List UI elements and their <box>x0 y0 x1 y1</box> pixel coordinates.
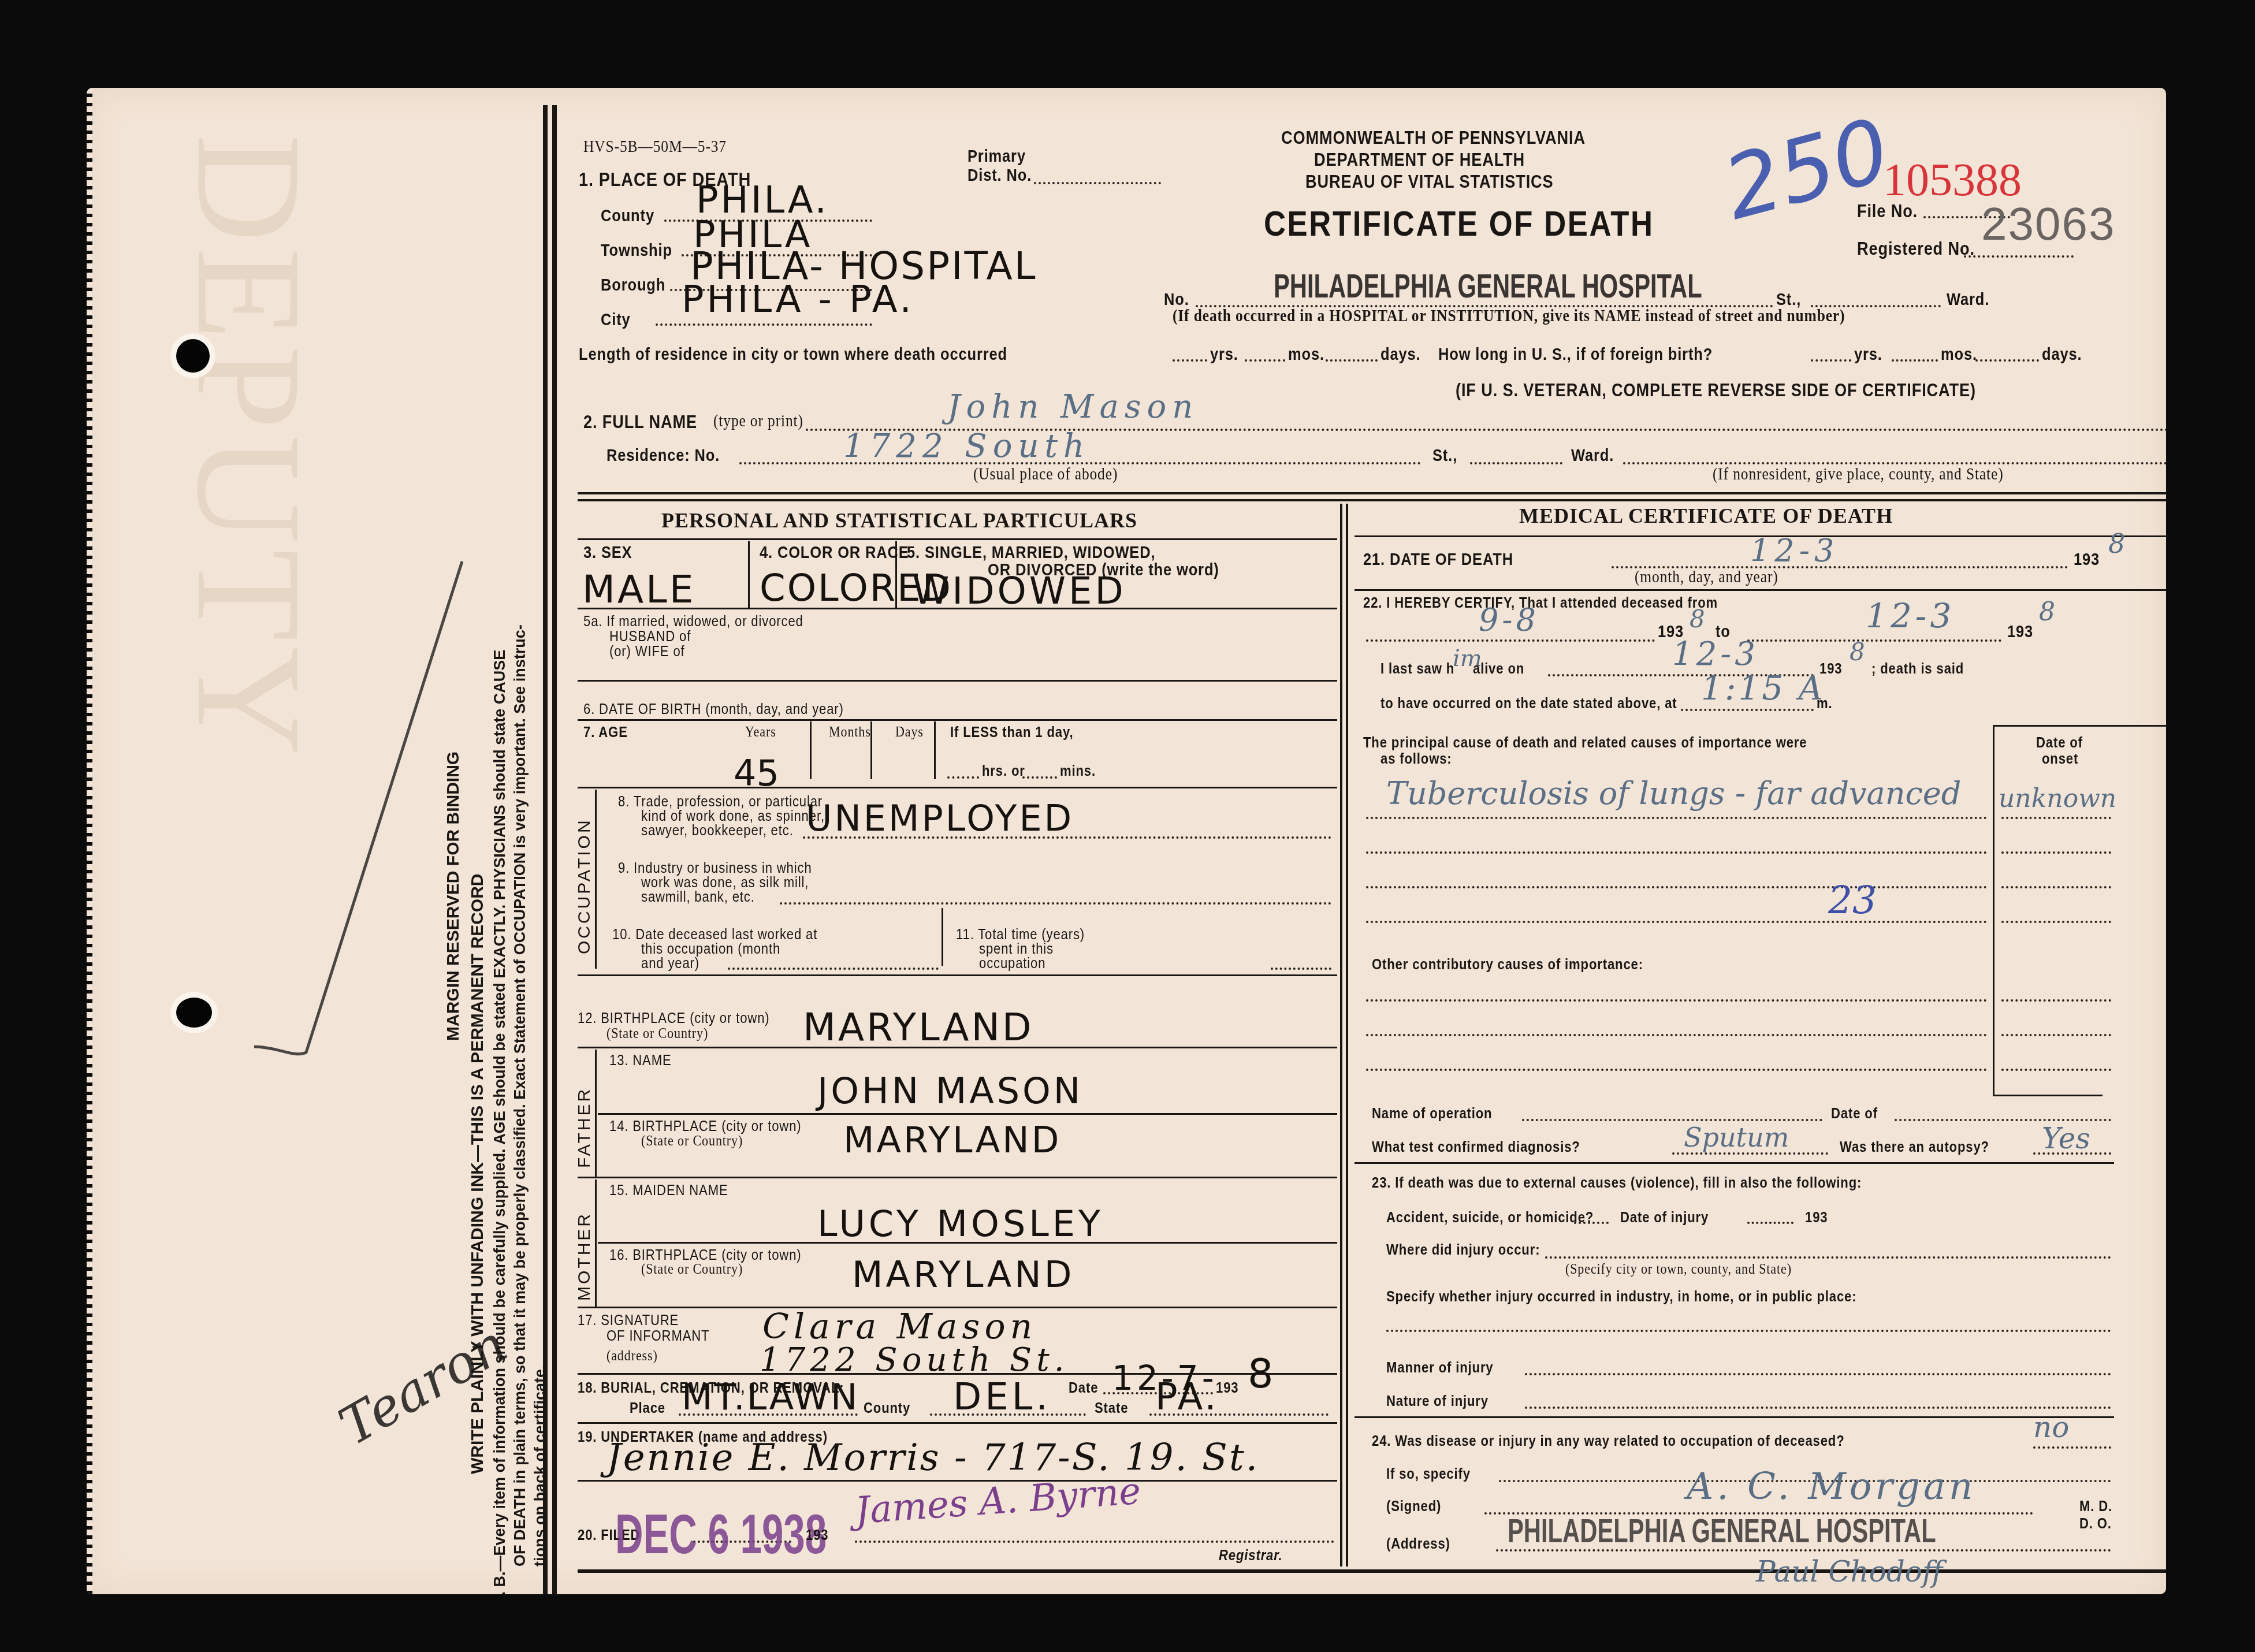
cell-divider <box>934 721 936 779</box>
do-label: D. O. <box>2079 1515 2112 1532</box>
margin-binding-note: MARGIN RESERVED FOR BINDING <box>444 751 463 1041</box>
father-side-label: FATHER <box>575 1087 594 1168</box>
medical-section-title: MEDICAL CERTIFICATE OF DEATH <box>1519 504 1893 528</box>
rule <box>578 1422 1337 1424</box>
township-label: Township <box>601 241 672 261</box>
cause-line-3[interactable] <box>1366 886 1987 888</box>
autopsy-value: Yes <box>2042 1122 2090 1155</box>
registrar-label: Registrar. <box>1219 1546 1282 1564</box>
occurred-label: to have occurred on the date stated abov… <box>1380 694 1677 712</box>
other-onset-2[interactable] <box>2001 1034 2111 1036</box>
specify-injury-label: Specify whether injury occurred in indus… <box>1386 1288 1856 1305</box>
us-days-field[interactable] <box>1975 359 2039 362</box>
days-label: Days <box>895 723 924 741</box>
occupation-related-value: no <box>2033 1411 2069 1444</box>
other-causes-label: Other contributory causes of importance: <box>1372 955 1643 973</box>
operation-field[interactable] <box>1522 1119 1822 1121</box>
hospital-stamp-top: PHILADELPHIA GENERAL HOSPITAL <box>1274 267 1702 306</box>
dist-no-label: Dist. No. <box>968 166 1032 185</box>
marital-value: WIDOWED <box>913 570 1126 613</box>
if-so-label: If so, specify <box>1386 1465 1471 1483</box>
registered-no-label: Registered No. <box>1857 238 1975 259</box>
accident-field[interactable] <box>1574 1222 1609 1224</box>
section-rule-2 <box>578 499 2166 501</box>
specify-injury-field[interactable] <box>1386 1330 2111 1332</box>
onset-label-1: Date of <box>2036 734 2083 751</box>
filed-year-prefix: 193 <box>806 1526 828 1544</box>
attended-to-year: 193 <box>2007 622 2033 642</box>
other-onset-1[interactable] <box>2001 999 2111 1002</box>
rule <box>578 1047 1337 1048</box>
onset-line-1[interactable] <box>2001 817 2111 819</box>
injury-date-field[interactable] <box>1747 1222 1793 1224</box>
primary-dist-label: Primary <box>968 147 1026 166</box>
header-bureau: BUREAU OF VITAL STATISTICS <box>1305 171 1554 192</box>
column-divider-1 <box>1340 504 1342 1567</box>
veteran-note: (IF U. S. VETERAN, COMPLETE REVERSE SIDE… <box>1456 379 1976 401</box>
occupation-side-line <box>595 790 597 969</box>
ward-label: Ward. <box>1947 290 1989 310</box>
personal-section-title: PERSONAL AND STATISTICAL PARTICULARS <box>661 508 1137 533</box>
last-saw-year-suffix: 8 <box>1850 638 1865 666</box>
rule <box>578 719 1337 721</box>
spouse-label-3: (or) WIFE of <box>609 642 685 660</box>
signed-label: (Signed) <box>1386 1497 1441 1515</box>
rule <box>578 787 1337 788</box>
mins-label: mins. <box>1060 762 1096 780</box>
us-yrs-field[interactable] <box>1811 359 1851 362</box>
hospital-stamp-bottom: PHILADELPHIA GENERAL HOSPITAL <box>1508 1512 1936 1550</box>
perforated-edge <box>87 88 92 1594</box>
form-code: HVS-5B—50M—5-37 <box>583 137 727 157</box>
punch-hole-bottom <box>176 998 212 1028</box>
dod-year-suffix: 8 <box>2108 528 2125 559</box>
margin-nb-line2: OF DEATH in plain terms, so that it may … <box>511 624 529 1567</box>
countersign-signature: Paul Chodoff <box>1756 1555 1943 1588</box>
mother-name-label: 15. MAIDEN NAME <box>609 1181 728 1199</box>
physician-signature: A. C. Morgan <box>1687 1465 1976 1508</box>
rule <box>578 1480 1337 1482</box>
where-injury-hint: (Specify city or town, county, and State… <box>1565 1260 1792 1278</box>
years-label: Years <box>745 723 776 741</box>
residence-st-field[interactable] <box>1470 462 1562 464</box>
form-border-left-outer <box>543 105 548 1594</box>
res-mos-label: mos. <box>1288 345 1324 364</box>
burial-state-value: PA. <box>1155 1376 1219 1419</box>
autopsy-label: Was there an autopsy? <box>1840 1138 1989 1156</box>
occupation-related-label: 24. Was disease or injury in any way rel… <box>1372 1432 1845 1450</box>
rule <box>1355 589 2166 591</box>
father-birthplace-label-2: (State or Country) <box>641 1132 743 1149</box>
us-mos-label: mos. <box>1941 345 1977 364</box>
burial-county-label: County <box>864 1399 910 1417</box>
mother-side-label: MOTHER <box>575 1212 594 1301</box>
filed-date-stamp: DEC 6 1938 <box>615 1503 827 1567</box>
age-label: 7. AGE <box>583 723 628 741</box>
rule <box>578 1177 1337 1178</box>
residence-st-label: St., <box>1432 446 1457 466</box>
other-line-2[interactable] <box>1366 1034 1987 1036</box>
manner-field[interactable] <box>1525 1373 2111 1375</box>
residence-length-label: Length of residence in city or town wher… <box>579 345 1007 364</box>
accident-label: Accident, suicide, or homicide? <box>1386 1208 1594 1226</box>
cause-label-2: as follows: <box>1380 750 1452 768</box>
institution-note: (If death occurred in a HOSPITAL or INST… <box>1173 306 1845 326</box>
last-saw-date-value: 12-3 <box>1672 635 1759 673</box>
cause-code-value: 23 <box>1828 878 1877 922</box>
other-onset-3[interactable] <box>2001 1069 2111 1071</box>
last-saw-label: I last saw h <box>1380 660 1454 678</box>
margin-handwriting: Tearon <box>329 1314 517 1457</box>
father-birthplace-value: MARYLAND <box>843 1119 1061 1161</box>
attended-to-value: 12-3 <box>1866 596 1955 635</box>
certify-label: 22. I HEREBY CERTIFY, That I attended de… <box>1363 594 1718 612</box>
us-yrs-label: yrs. <box>1854 345 1882 364</box>
sex-value: MALE <box>582 567 696 612</box>
onset-value: unknown <box>1999 784 2116 813</box>
race-label: 4. COLOR OR RACE <box>760 543 909 563</box>
attended-from-value: 9-8 <box>1479 602 1539 638</box>
father-side-line <box>595 1050 597 1177</box>
operation-label: Name of operation <box>1372 1104 1492 1122</box>
informant-label-3: (address) <box>606 1347 658 1364</box>
onset-line-3[interactable] <box>2001 886 2111 888</box>
rule <box>578 680 1337 682</box>
onset-line-2[interactable] <box>2001 851 2111 854</box>
hrs-field[interactable] <box>947 776 979 779</box>
test-label: What test confirmed diagnosis? <box>1372 1138 1580 1156</box>
nonresident-hint: (If nonresident, give place, county, and… <box>1713 464 2004 484</box>
file-no-label: File No. <box>1857 200 1918 222</box>
nature-field[interactable] <box>1525 1407 2111 1409</box>
cell-divider <box>870 721 872 779</box>
operation-date-label: Date of <box>1831 1104 1878 1122</box>
res-mos-field[interactable] <box>1245 359 1285 362</box>
other-line-1[interactable] <box>1366 999 1987 1002</box>
mother-side-line <box>595 1180 597 1307</box>
address-label: (Address) <box>1386 1535 1450 1553</box>
injury-year-label: 193 <box>1805 1208 1828 1226</box>
city-field[interactable] <box>656 323 872 326</box>
industry-field[interactable] <box>780 902 1331 905</box>
operation-date-field[interactable] <box>1895 1119 2111 1121</box>
undertaker-value: Jennie E. Morris - 717-S. 19. St. <box>606 1437 1259 1479</box>
manner-label: Manner of injury <box>1386 1359 1494 1376</box>
mother-name-value: LUCY MOSLEY <box>817 1203 1104 1245</box>
time-of-death-value: 1:15 A <box>1701 668 1825 708</box>
abode-hint: (Usual place of abode) <box>973 464 1118 484</box>
res-days-field[interactable] <box>1326 359 1378 362</box>
m-label: m. <box>1817 694 1832 712</box>
rule <box>1355 1416 2114 1418</box>
onset-box-left <box>1993 725 1994 1095</box>
other-line-3[interactable] <box>1366 1069 1987 1071</box>
burial-place-value: MT.LAWN <box>682 1376 859 1418</box>
rule <box>578 974 1337 976</box>
header-department: DEPARTMENT OF HEALTH <box>1314 149 1525 170</box>
external-causes-label: 23. If death was due to external causes … <box>1372 1174 1862 1192</box>
rule <box>578 538 1337 540</box>
nature-label: Nature of injury <box>1386 1392 1489 1410</box>
cell-divider <box>748 541 750 608</box>
burial-year-prefix: 193 <box>1216 1379 1238 1397</box>
cause-line-2[interactable] <box>1366 851 1987 854</box>
death-said-label: ; death is said <box>1871 660 1964 678</box>
marital-label-1: 5. SINGLE, MARRIED, WIDOWED, <box>907 543 1155 563</box>
full-name-hint: (type or print) <box>713 411 803 431</box>
rule <box>1355 1162 2114 1164</box>
registered-number-stamp: 23063 <box>1981 198 2115 251</box>
last-worked-field[interactable] <box>728 968 939 970</box>
dod-label: 21. DATE OF DEATH <box>1363 550 1513 570</box>
onset-label-2: onset <box>2042 750 2078 768</box>
total-time-field[interactable] <box>1271 968 1331 970</box>
us-days-label: days. <box>2042 345 2082 364</box>
last-worked-label-3: and year) <box>641 954 699 972</box>
margin-ink-note: WRITE PLAINLY WITH UNFADING INK—THIS IS … <box>468 874 488 1474</box>
res-yrs-field[interactable] <box>1173 359 1207 362</box>
full-name-value: John Mason <box>947 388 1199 426</box>
city-label: City <box>601 310 631 330</box>
county-label: County <box>601 206 654 226</box>
registered-no-field[interactable] <box>1964 255 2074 258</box>
birthplace-label-2: (State or Country) <box>606 1025 708 1042</box>
total-time-label-3: occupation <box>979 954 1045 972</box>
father-name-label: 13. NAME <box>609 1051 672 1069</box>
cause-line-4[interactable] <box>1366 921 1987 923</box>
cause-label-1: The principal cause of death and related… <box>1363 734 1807 751</box>
occupation-side-label: OCCUPATION <box>575 818 594 954</box>
us-mos-field[interactable] <box>1892 359 1938 362</box>
dist-no-field[interactable] <box>1034 182 1161 184</box>
onset-line-4[interactable] <box>2001 921 2111 923</box>
residence-ward-label: Ward. <box>1571 446 1614 466</box>
borough-label: Borough <box>601 276 665 295</box>
foreign-birth-label: How long in U. S., if of foreign birth? <box>1438 345 1713 364</box>
rule <box>598 1113 1337 1115</box>
section-rule-1 <box>578 492 2166 494</box>
full-name-label: 2. FULL NAME <box>583 411 697 433</box>
cell-divider <box>942 908 943 966</box>
res-yrs-label: yrs. <box>1210 345 1238 364</box>
burial-place-label: Place <box>630 1399 665 1417</box>
pencil-check-mark <box>243 550 474 1070</box>
attended-from-year-suffix: 8 <box>1690 605 1705 633</box>
trade-label-3: sawyer, bookkeeper, etc. <box>641 821 794 839</box>
header-commonwealth: COMMONWEALTH OF PENNSYLVANIA <box>1281 127 1586 148</box>
where-injury-label: Where did injury occur: <box>1386 1241 1540 1259</box>
md-label: M. D. <box>2079 1497 2112 1515</box>
cell-divider <box>895 541 897 608</box>
birthplace-value: MARYLAND <box>803 1005 1034 1050</box>
punch-hole-top <box>176 339 210 373</box>
dod-hint: (month, day, and year) <box>1635 567 1778 587</box>
margin-nb-line1: N. B.—Every item of information should b… <box>491 650 509 1594</box>
rule <box>578 608 1337 609</box>
hrs-label: hrs. or <box>982 762 1025 780</box>
burial-state-label: State <box>1095 1399 1128 1417</box>
sex-label: 3. SEX <box>583 543 632 563</box>
onset-box-bottom <box>1993 1095 2103 1096</box>
onset-box-top <box>1993 725 2166 727</box>
certificate-paper: DEPUTY Tearon MARGIN RESERVED FOR BINDIN… <box>87 88 2166 1594</box>
dob-label: 6. DATE OF BIRTH (month, day, and year) <box>583 700 844 718</box>
occupation-related-field[interactable] <box>2033 1446 2111 1449</box>
trade-value: UNEMPLOYED <box>806 797 1074 839</box>
column-divider-2 <box>1346 504 1348 1567</box>
burial-county-value: DEL. <box>953 1376 1051 1419</box>
cause-value: Tuberculosis of lungs - far advanced <box>1386 775 1961 812</box>
registrar-field[interactable] <box>855 1541 1334 1543</box>
rule <box>598 1242 1337 1244</box>
less-than-day-label: If LESS than 1 day, <box>950 723 1073 741</box>
attended-from-field[interactable] <box>1366 639 1655 642</box>
res-days-label: days. <box>1380 345 1420 364</box>
injury-date-label: Date of injury <box>1620 1208 1709 1226</box>
months-label: Months <box>829 723 871 741</box>
form-border-left-inner <box>552 105 557 1594</box>
physician-address-field[interactable] <box>1496 1549 2111 1551</box>
city-value: PHILA - PA. <box>682 278 914 321</box>
industry-label-3: sawmill, bank, etc. <box>641 888 755 906</box>
burial-year-suffix: 8 <box>1248 1350 1274 1397</box>
test-value: Sputum <box>1684 1122 1789 1153</box>
rule <box>578 1373 1337 1375</box>
residence-label: Residence: No. <box>606 446 720 466</box>
certificate-title: CERTIFICATE OF DEATH <box>1264 203 1654 244</box>
attended-to-year-suffix: 8 <box>2039 597 2055 627</box>
cell-divider <box>810 721 812 779</box>
dod-value: 12-3 <box>1750 533 1839 569</box>
burial-date-label: Date <box>1069 1379 1098 1397</box>
time-of-death-field[interactable] <box>1681 709 1814 711</box>
dod-year-prefix: 193 <box>2074 550 2100 570</box>
residence-value: 1722 South <box>843 427 1090 465</box>
alive-on-label: alive on <box>1473 660 1524 678</box>
informant-label-2: OF INFORMANT <box>606 1327 709 1345</box>
where-injury-field[interactable] <box>1545 1256 2111 1259</box>
mother-birthplace-value: MARYLAND <box>852 1253 1074 1296</box>
mins-field[interactable] <box>1022 776 1057 779</box>
attended-to-field[interactable] <box>1747 639 2001 642</box>
cause-line-1[interactable] <box>1366 817 1987 819</box>
father-name-value: JOHN MASON <box>817 1070 1083 1112</box>
mother-birthplace-label-2: (State or Country) <box>641 1260 743 1278</box>
